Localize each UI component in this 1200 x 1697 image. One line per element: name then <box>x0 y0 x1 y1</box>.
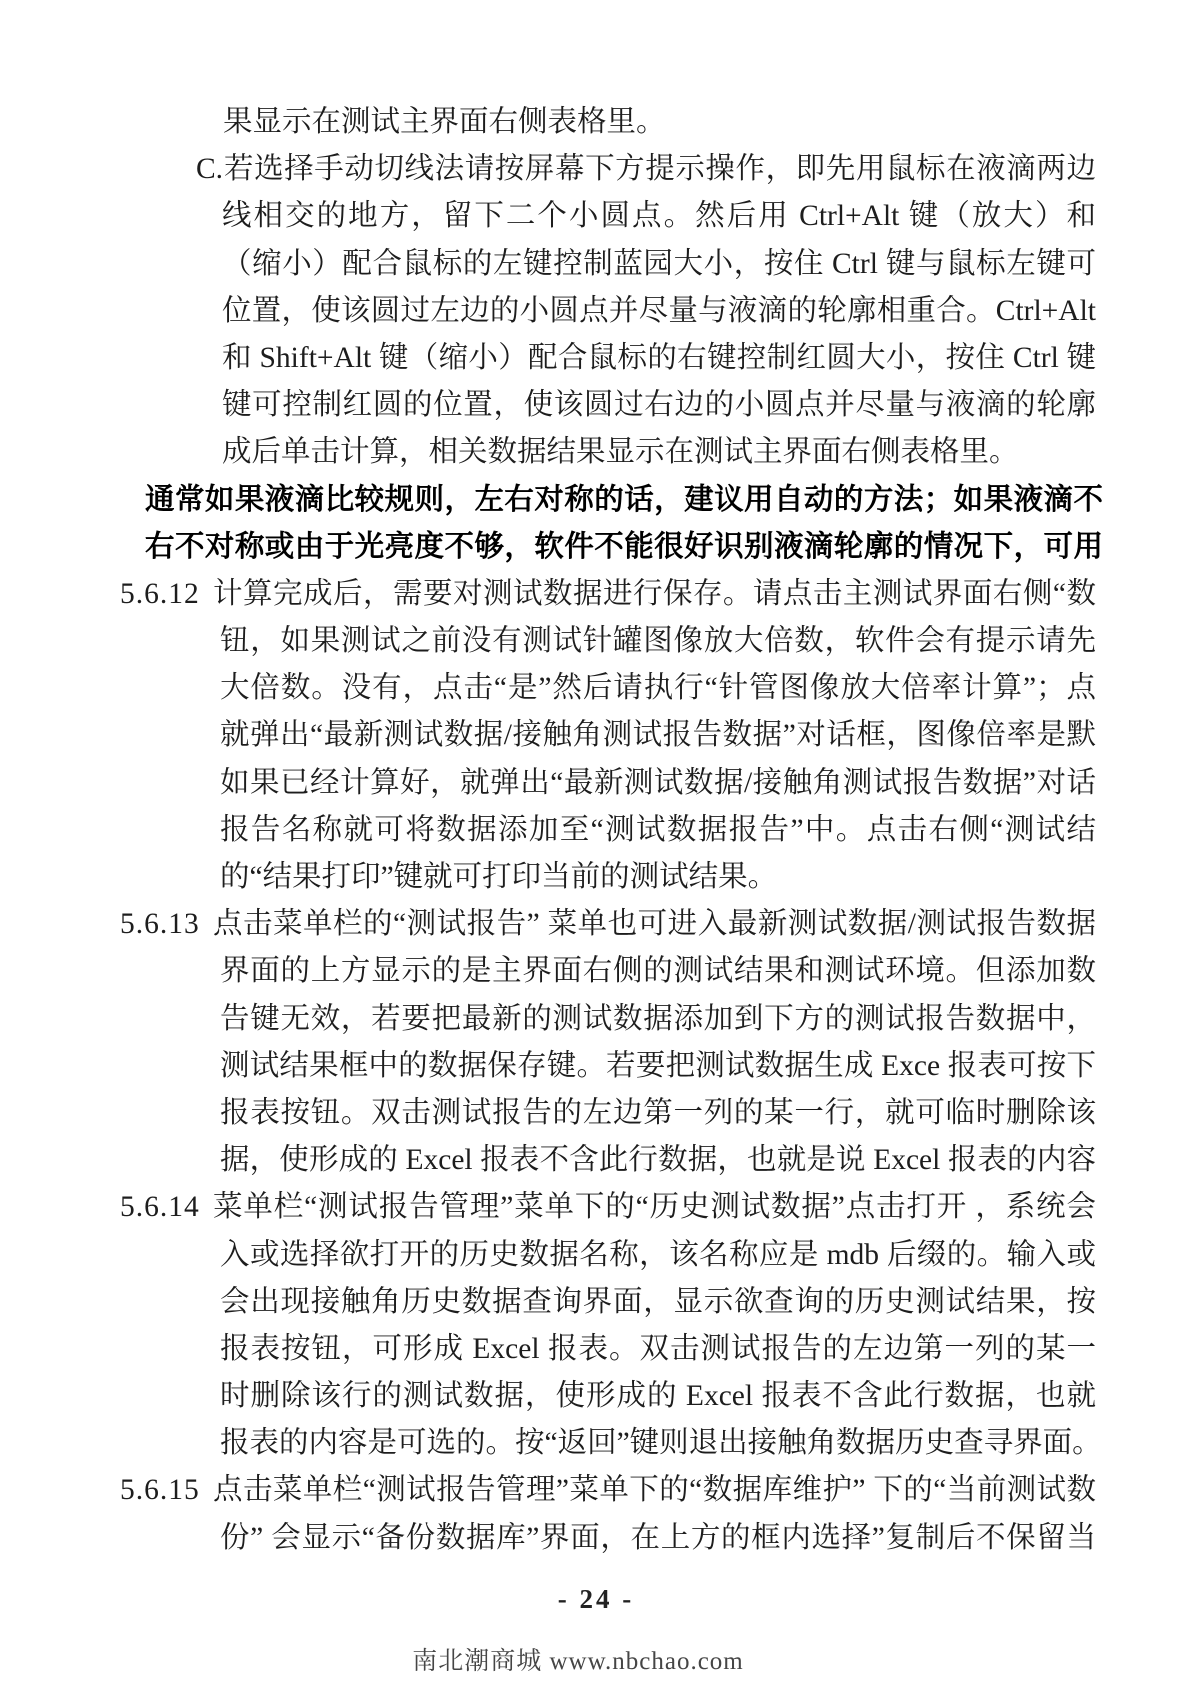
line-text: 入或选择欲打开的历史数据名称，该名称应是 mdb 后缀的。输入或择选正确后 <box>0 1232 1200 1279</box>
section-number: 5.6.12 <box>120 571 200 618</box>
line-text: 若选择手动切线法请按屏幕下方提示操作，即先用鼠标在液滴两边最大与水平 <box>0 146 1200 193</box>
text-line: 界面的上方显示的是主界面右侧的测试结果和测试环境。但添加数据-->测试报 <box>0 948 1200 995</box>
text-line: 报表的内容是可选的。按“返回”键则退出接触角数据历史查寻界面。 <box>0 1420 1200 1467</box>
text-line: 入或选择欲打开的历史数据名称，该名称应是 mdb 后缀的。输入或择选正确后 <box>0 1232 1200 1279</box>
line-text: 界面的上方显示的是主界面右侧的测试结果和测试环境。但添加数据-->测试报 <box>0 948 1200 995</box>
line-text: 大倍数。没有，点击“是”然后请执行“针管图像放大倍率计算”；点击“否” <box>0 665 1200 712</box>
text-line: 钮，如果测试之前没有测试针罐图像放大倍数，软件会有提示请先测试针管放 <box>0 618 1200 665</box>
text-line: 5.6.14菜单栏“测试报告管理”菜单下的“历史测试数据”点击打开 ，系统会要求… <box>0 1184 1200 1231</box>
line-text: 报表按钮，可形成 Excel 报表。双击测试报告的左边第一列的某一行，就可临 <box>0 1326 1200 1373</box>
line-text: 测试结果框中的数据保存键。若要把测试数据生成 Exce 报表可按下生成 Exce… <box>0 1043 1200 1090</box>
text-line: 测试结果框中的数据保存键。若要把测试数据生成 Exce 报表可按下生成 Exce… <box>0 1043 1200 1090</box>
section-number: 5.6.15 <box>120 1467 200 1514</box>
line-text: 报告名称就可将数据添加至“测试数据报告”中。点击右侧“测试结果”框中 <box>0 807 1200 854</box>
line-text: 线相交的地方，留下二个小圆点。然后用 Ctrl+Alt 键（放大）和 Shift… <box>0 193 1200 240</box>
document-page: 果显示在测试主界面右侧表格里。C.若选择手动切线法请按屏幕下方提示操作，即先用鼠… <box>0 0 1200 1697</box>
footer-watermark: 南北潮商城 www.nbchao.com <box>0 1641 1156 1677</box>
line-text: 钮，如果测试之前没有测试针罐图像放大倍数，软件会有提示请先测试针管放 <box>0 618 1200 665</box>
document-body: 果显示在测试主界面右侧表格里。C.若选择手动切线法请按屏幕下方提示操作，即先用鼠… <box>0 99 1200 1562</box>
section-number: 5.6.14 <box>120 1184 200 1231</box>
text-line: 果显示在测试主界面右侧表格里。 <box>0 99 1200 146</box>
text-line: 键可控制红圆的位置，使该圆过右边的小圆点并尽量与液滴的轮廓相重合。完 <box>0 382 1200 429</box>
line-text: 通常如果液滴比较规则，左右对称的话，建议用自动的方法；如果液滴不太规则、左 <box>0 477 1200 524</box>
list-marker: C. <box>196 146 223 193</box>
line-text: 成后单击计算，相关数据结果显示在测试主界面右侧表格里。 <box>0 429 1200 476</box>
text-line: 据，使形成的 Excel 报表不含此行数据，也就是说 Excel 报表的内容是可… <box>0 1137 1200 1184</box>
line-text: 份” 会显示“备份数据库”界面，在上方的框内选择”复制后不保留当前数据” <box>0 1515 1200 1562</box>
line-text: 位置，使该圆过左边的小圆点并尽量与液滴的轮廓相重合。Ctrl+Alt 键（放大） <box>0 288 1200 335</box>
line-text: 报表的内容是可选的。按“返回”键则退出接触角数据历史查寻界面。 <box>0 1420 1200 1467</box>
text-line: C.若选择手动切线法请按屏幕下方提示操作，即先用鼠标在液滴两边最大与水平 <box>0 146 1200 193</box>
line-text: 如果已经计算好，就弹出“最新测试数据/接触角测试报告数据”对话框，填好 <box>0 760 1200 807</box>
text-line: 大倍数。没有，点击“是”然后请执行“针管图像放大倍率计算”；点击“否” <box>0 665 1200 712</box>
line-text: 报表按钮。双击测试报告的左边第一列的某一行，就可临时删除该行的测试数 <box>0 1090 1200 1137</box>
text-line: 报表按钮。双击测试报告的左边第一列的某一行，就可临时删除该行的测试数 <box>0 1090 1200 1137</box>
line-text: 时删除该行的测试数据，使形成的 Excel 报表不含此行数据，也就是说 Exce… <box>0 1373 1200 1420</box>
section-number: 5.6.13 <box>120 901 200 948</box>
text-line: 时删除该行的测试数据，使形成的 Excel 报表不含此行数据，也就是说 Exce… <box>0 1373 1200 1420</box>
text-line: 就弹出“最新测试数据/接触角测试报告数据”对话框，图像倍率是默认为 1。 <box>0 712 1200 759</box>
line-text: 右不对称或由于光亮度不够，软件不能很好识别液滴轮廓的情况下，可用手动的方法。 <box>0 524 1200 571</box>
page-number: - 24 - <box>0 1584 1192 1615</box>
text-line: 成后单击计算，相关数据结果显示在测试主界面右侧表格里。 <box>0 429 1200 476</box>
text-line: 通常如果液滴比较规则，左右对称的话，建议用自动的方法；如果液滴不太规则、左 <box>0 477 1200 524</box>
line-text: （缩小）配合鼠标的左键控制蓝园大小，按住 Ctrl 键与鼠标左键可控制蓝圆的 <box>0 241 1200 288</box>
line-text: 据，使形成的 Excel 报表不含此行数据，也就是说 Excel 报表的内容是可… <box>0 1137 1200 1184</box>
text-line: 报表按钮，可形成 Excel 报表。双击测试报告的左边第一列的某一行，就可临 <box>0 1326 1200 1373</box>
text-line: 线相交的地方，留下二个小圆点。然后用 Ctrl+Alt 键（放大）和 Shift… <box>0 193 1200 240</box>
line-text: 果显示在测试主界面右侧表格里。 <box>0 99 1200 146</box>
line-text: 会出现接触角历史数据查询界面，显示欲查询的历史测试结果，按下生成 Excel <box>0 1279 1200 1326</box>
line-text: 告键无效，若要把最新的测试数据添加到下方的测试报告数据中，请点击右侧 <box>0 996 1200 1043</box>
text-line: 份” 会显示“备份数据库”界面，在上方的框内选择”复制后不保留当前数据” <box>0 1515 1200 1562</box>
text-line: 5.6.12计算完成后，需要对测试数据进行保存。请点击主测试界面右侧“数据保存”… <box>0 571 1200 618</box>
line-text: 键可控制红圆的位置，使该圆过右边的小圆点并尽量与液滴的轮廓相重合。完 <box>0 382 1200 429</box>
line-text: 就弹出“最新测试数据/接触角测试报告数据”对话框，图像倍率是默认为 1。 <box>0 712 1200 759</box>
text-line: （缩小）配合鼠标的左键控制蓝园大小，按住 Ctrl 键与鼠标左键可控制蓝圆的 <box>0 241 1200 288</box>
line-text: 的“结果打印”键就可打印当前的测试结果。 <box>0 854 1200 901</box>
text-line: 告键无效，若要把最新的测试数据添加到下方的测试报告数据中，请点击右侧 <box>0 996 1200 1043</box>
line-text: 和 Shift+Alt 键（缩小）配合鼠标的右键控制红圆大小，按住 Ctrl 键… <box>0 335 1200 382</box>
text-line: 和 Shift+Alt 键（缩小）配合鼠标的右键控制红圆大小，按住 Ctrl 键… <box>0 335 1200 382</box>
text-line: 如果已经计算好，就弹出“最新测试数据/接触角测试报告数据”对话框，填好 <box>0 760 1200 807</box>
text-line: 的“结果打印”键就可打印当前的测试结果。 <box>0 854 1200 901</box>
text-line: 会出现接触角历史数据查询界面，显示欲查询的历史测试结果，按下生成 Excel <box>0 1279 1200 1326</box>
text-line: 5.6.15点击菜单栏“测试报告管理”菜单下的“数据库维护” 下的“当前测试数据… <box>0 1467 1200 1514</box>
text-line: 报告名称就可将数据添加至“测试数据报告”中。点击右侧“测试结果”框中 <box>0 807 1200 854</box>
text-line: 右不对称或由于光亮度不够，软件不能很好识别液滴轮廓的情况下，可用手动的方法。 <box>0 524 1200 571</box>
text-line: 位置，使该圆过左边的小圆点并尽量与液滴的轮廓相重合。Ctrl+Alt 键（放大） <box>0 288 1200 335</box>
text-line: 5.6.13点击菜单栏的“测试报告” 菜单也可进入最新测试数据/测试报告数据界面… <box>0 901 1200 948</box>
